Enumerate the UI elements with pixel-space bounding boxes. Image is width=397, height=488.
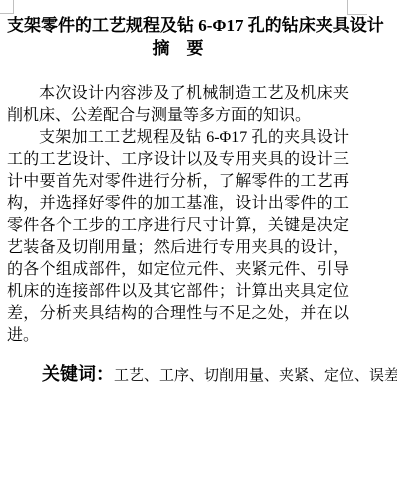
abstract-line: 的各个组成部件，如定位元件、夹紧元件、引导元件、夹具体与: [7, 259, 349, 281]
abstract-line: 构，并选择好零件的加工基准，设计出零件的工艺路线；接着对: [7, 193, 349, 215]
keywords-list: 工艺、工序、切削用量、夹紧、定位、误差。: [114, 368, 397, 384]
abstract-line: 工的工艺设计、工序设计以及专用夹具的设计三部分。在工艺设: [7, 149, 349, 171]
document-page: 支架零件的工艺规程及钻 6-Φ17 孔的钻床夹具设计 摘 要 本次设计内容涉及了…: [0, 0, 397, 488]
document-title: 支架零件的工艺规程及钻 6-Φ17 孔的钻床夹具设计: [7, 15, 349, 37]
abstract-line: 计中要首先对零件进行分析，了解零件的工艺再设计出毛坯的结: [7, 171, 349, 193]
keywords-line: 关键词：工艺、工序、切削用量、夹紧、定位、误差。: [7, 362, 349, 388]
abstract-line: 零件各个工步的工序进行尺寸计算，关键是决定出各个工序的工: [7, 215, 349, 237]
abstract-line: 支架加工工艺规程及钻 6-Φ17 孔的夹具设计是包括零件加: [7, 127, 349, 149]
abstract-line: 削机床、公差配合与测量等多方面的知识。: [7, 105, 349, 127]
abstract-line: 机床的连接部件以及其它部件；计算出夹具定位时产生的定位误: [7, 281, 349, 303]
abstract-body: 本次设计内容涉及了机械制造工艺及机床夹具设计、金属切 削机床、公差配合与测量等多…: [7, 83, 349, 347]
margin-crop-mark-top-right: [347, 0, 367, 15]
abstract-line: 进。: [7, 325, 349, 347]
margin-crop-mark-top-left: [0, 0, 14, 14]
abstract-line: 差，分析夹具结构的合理性与不足之处，并在以后设计中注意改: [7, 303, 349, 325]
keywords-label: 关键词：: [42, 364, 114, 384]
abstract-line: 艺装备及切削用量；然后进行专用夹具的设计，选择设计出夹具: [7, 237, 349, 259]
abstract-heading: 摘 要: [7, 38, 349, 60]
abstract-line: 本次设计内容涉及了机械制造工艺及机床夹具设计、金属切: [7, 83, 349, 105]
